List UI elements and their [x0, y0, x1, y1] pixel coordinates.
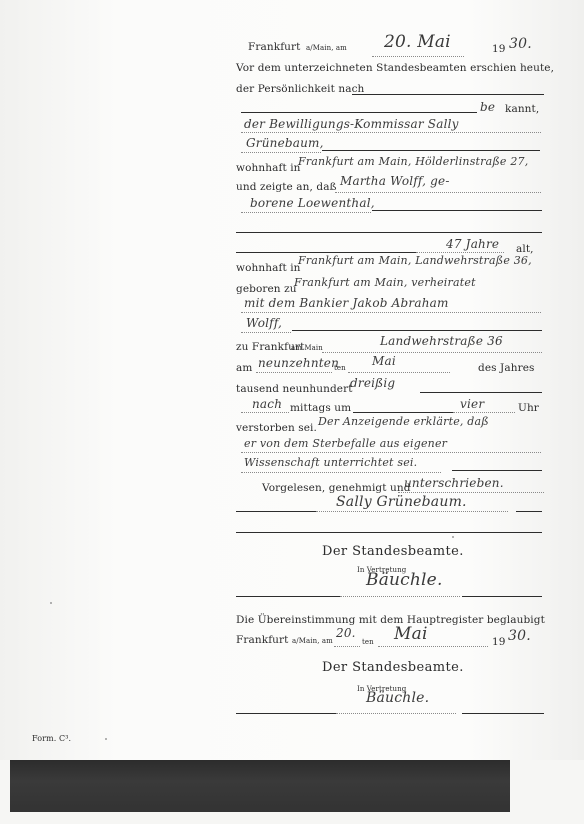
thousand-hand: dreißig — [350, 376, 395, 390]
hour-dotted-line — [453, 412, 515, 413]
informant-rule — [322, 150, 540, 151]
married-hand-2: Wolff, — [246, 316, 282, 330]
born-hand: Frankfurt am Main, verheiratet — [294, 276, 476, 289]
intro-line: Vor dem unterzeichneten Standesbeamten e… — [236, 62, 554, 74]
cert-year-prefix: 19 — [492, 636, 506, 648]
paper-speck — [105, 738, 107, 740]
signature-registrar: Bäuchle. — [366, 570, 443, 590]
blank-rule-2 — [236, 532, 542, 533]
cert-year-hand: 30. — [508, 628, 531, 644]
deceased-residence-hand: Frankfurt am Main, Landwehrstraße 36, — [298, 254, 532, 267]
day-hand: neunzehnten — [258, 356, 339, 370]
hour-rule — [353, 412, 453, 413]
cert-place-suffix: a/Main, am — [292, 637, 333, 645]
thousand-label: tausend neunhundert — [236, 383, 353, 395]
thousand-rule — [420, 392, 542, 393]
time-hand: nach — [252, 397, 282, 411]
cert-month-dotted-line — [378, 646, 488, 647]
registrar-title-2: Der Standesbeamte. — [322, 660, 464, 675]
remark-hand-1: Der Anzeigende erklärte, daß — [318, 415, 489, 428]
signature-dotted-line — [316, 511, 508, 512]
known-print: kannt, — [505, 103, 539, 115]
document-page: Frankfurt a/Main, am 20. Mai 19 30. Vor … — [0, 0, 584, 760]
deceased-rule — [372, 210, 542, 211]
time-dotted-line — [241, 412, 289, 413]
deceased-hand-2: borene Loewenthal, — [250, 196, 375, 210]
cert-month-hand: Mai — [394, 624, 428, 644]
born-label: geboren zu — [236, 283, 297, 295]
death-place-label-2: am Main — [291, 344, 323, 352]
age-dotted-line — [416, 252, 504, 253]
ten-label: ten — [334, 364, 346, 372]
header-year-prefix: 19 — [492, 43, 506, 55]
registrar-rule-right — [462, 596, 542, 597]
signature-registrar-2: Bäuchle. — [366, 690, 429, 706]
deceased-residence-label: wohnhaft in — [236, 262, 301, 274]
registrar2-rule-right — [462, 713, 544, 714]
scan-shadow-band — [10, 760, 510, 812]
month-hand: Mai — [372, 354, 396, 368]
informant-dotted-line-1 — [241, 132, 541, 133]
married-rule — [292, 330, 542, 331]
month-dotted-line — [348, 372, 450, 373]
age-rule — [236, 252, 416, 253]
informant-hand-1: der Bewilligungs-Kommissar Sally — [244, 117, 459, 131]
death-place-hand: Landwehrstraße 36 — [380, 334, 503, 348]
read-hand: unterschrieben. — [404, 476, 504, 490]
registrar-dotted-line — [340, 596, 460, 597]
deceased-hand-1: Martha Wolff, ge- — [340, 174, 450, 188]
married-dotted-line-1 — [241, 312, 541, 313]
cert-day-hand: 20. — [336, 626, 356, 640]
cert-ten-label: ten — [362, 638, 374, 646]
remark-hand-3: Wissenschaft unterrichtet sei. — [244, 456, 417, 469]
signature-rule-right — [516, 511, 542, 512]
cert-day-dotted-line — [334, 646, 360, 647]
paper-speck — [452, 536, 454, 538]
identity-rule — [352, 94, 544, 95]
header-place-suffix: a/Main, am — [306, 44, 347, 52]
remark-dotted-line-2 — [241, 452, 541, 453]
remark-rule — [452, 470, 542, 471]
residence-label: wohnhaft in — [236, 162, 301, 174]
date-dotted-line — [372, 56, 464, 57]
residence-hand: Frankfurt am Main, Hölderlinstraße 27, — [298, 155, 528, 168]
blank-rule-1 — [236, 232, 542, 233]
deceased-dotted-line-1 — [335, 192, 541, 193]
cert-place: Frankfurt — [236, 634, 288, 646]
year-label: des Jahres — [478, 362, 535, 374]
informant-dotted-line-2 — [241, 152, 321, 153]
read-dotted-line — [398, 492, 544, 493]
married-dotted-line-2 — [241, 332, 291, 333]
header-place: Frankfurt — [248, 41, 300, 53]
known-hand: be — [480, 100, 495, 114]
age-hand: 47 Jahre — [446, 237, 499, 251]
header-date-hand: 20. Mai — [384, 32, 451, 52]
signature-rule-left — [236, 511, 316, 512]
midday-label: mittags um — [290, 402, 351, 414]
remark-dotted-line-3 — [241, 472, 441, 473]
registrar-rule-left — [236, 596, 340, 597]
hour-label: Uhr — [518, 402, 539, 414]
married-hand-1: mit dem Bankier Jakob Abraham — [244, 296, 449, 310]
certification-line: Die Übereinstimmung mit dem Hauptregiste… — [236, 614, 545, 626]
registrar2-dotted-line — [336, 713, 456, 714]
remark-hand-2: er von dem Sterbefalle aus eigener — [244, 437, 447, 450]
known-rule — [241, 112, 477, 113]
day-dotted-line — [256, 372, 332, 373]
informant-hand-2: Grünebaum, — [246, 136, 324, 150]
hour-hand: vier — [460, 397, 484, 411]
day-label: am — [236, 362, 252, 374]
registrar2-rule-left — [236, 713, 336, 714]
reported-label: und zeigte an, daß — [236, 181, 337, 193]
form-number: Form. C³. — [32, 734, 71, 743]
read-label: Vorgelesen, genehmigt und — [262, 482, 411, 494]
death-place-dotted-line — [322, 352, 542, 353]
identity-line: der Persönlichkeit nach — [236, 83, 364, 95]
paper-speck — [50, 602, 52, 604]
died-label: verstorben sei. — [236, 422, 317, 434]
header-year-hand: 30. — [509, 36, 532, 52]
signature-informant: Sally Grünebaum. — [336, 494, 467, 510]
deceased-dotted-line-2 — [241, 212, 371, 213]
registrar-title: Der Standesbeamte. — [322, 544, 464, 559]
